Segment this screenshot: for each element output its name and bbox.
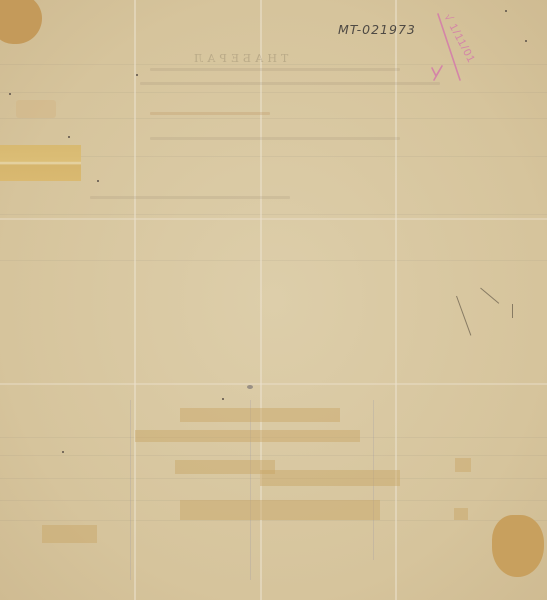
scratch bbox=[480, 288, 499, 304]
glue-residue bbox=[260, 470, 400, 486]
catalog-number: MT-021973 bbox=[338, 22, 416, 37]
bleed-through-line bbox=[140, 82, 440, 85]
glue-residue bbox=[135, 430, 360, 442]
speck bbox=[9, 93, 11, 95]
glue-residue bbox=[180, 408, 340, 422]
speck bbox=[247, 385, 253, 389]
bleed-through-line bbox=[150, 112, 270, 115]
bleed-through-line bbox=[150, 137, 400, 140]
glue-residue bbox=[42, 525, 97, 543]
speck bbox=[62, 451, 64, 453]
ruled-line bbox=[0, 260, 547, 261]
document-page: ТНАБЕРАЛ MT-021973 √ 1/11/01 bbox=[0, 0, 547, 600]
stain-bottom-right bbox=[492, 515, 544, 577]
speck bbox=[525, 40, 527, 42]
speck bbox=[68, 136, 70, 138]
speck bbox=[505, 10, 507, 12]
ruled-line bbox=[0, 214, 547, 215]
tape-left bbox=[0, 145, 81, 181]
speck bbox=[97, 180, 99, 182]
ruled-line bbox=[0, 520, 547, 521]
fold-line bbox=[134, 0, 136, 600]
bleed-through-title: ТНАБЕРАЛ bbox=[190, 52, 288, 65]
speck bbox=[222, 398, 224, 400]
fold-line bbox=[0, 383, 547, 385]
grid-line bbox=[130, 400, 131, 580]
glue-residue bbox=[454, 508, 468, 520]
stain-top-left bbox=[0, 0, 42, 44]
bleed-through-line bbox=[90, 196, 290, 199]
ruled-line bbox=[0, 118, 547, 119]
fold-line bbox=[395, 0, 397, 600]
tape-residue bbox=[16, 100, 56, 118]
scratch bbox=[512, 304, 513, 318]
glue-residue bbox=[180, 500, 380, 520]
glue-residue bbox=[455, 458, 471, 472]
scratch bbox=[456, 296, 471, 336]
ruled-line bbox=[0, 92, 547, 93]
ruled-line bbox=[0, 156, 547, 157]
bleed-through-line bbox=[150, 68, 400, 71]
fold-line bbox=[0, 218, 547, 220]
ruled-line bbox=[0, 455, 547, 456]
grid-line bbox=[250, 400, 251, 580]
speck bbox=[136, 74, 138, 76]
